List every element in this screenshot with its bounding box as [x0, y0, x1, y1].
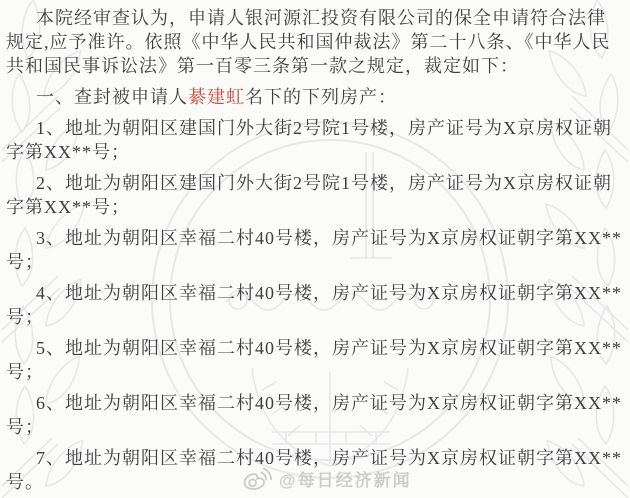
- document-line: 字第XX**号；: [6, 195, 624, 219]
- seizure-prefix: 一、查封被申请人: [36, 87, 188, 107]
- document-line: 共和国民事诉讼法》第一百零三条第一款之规定，裁定如下：: [6, 54, 624, 78]
- document-line: 5、地址为朝阳区幸福二村40号楼，房产证号为X京房权证朝字第XX**: [6, 336, 624, 360]
- respondent-name-highlight: 綦建虹: [188, 87, 245, 107]
- document-line: 号；: [6, 250, 624, 274]
- document-line: 6、地址为朝阳区幸福二村40号楼，房产证号为X京房权证朝字第XX**: [6, 391, 624, 415]
- seizure-order-line: 一、查封被申请人綦建虹名下的下列房产：: [6, 85, 624, 109]
- court-ruling-document: 本院经审查认为，申请人银河源汇投资有限公司的保全申请符合法律 规定,应予准许。依…: [6, 6, 624, 498]
- document-line: 4、地址为朝阳区幸福二村40号楼，房产证号为X京房权证朝字第XX**: [6, 281, 624, 305]
- document-line: 2、地址为朝阳区建国门外大街2号院1号楼，房产证号为X京房权证朝: [6, 171, 624, 195]
- document-line: 规定,应予准许。依照《中华人民共和国仲裁法》第二十八条、《中华人民: [6, 30, 624, 54]
- property-item-6: 6、地址为朝阳区幸福二村40号楼，房产证号为X京房权证朝字第XX** 号；: [6, 391, 624, 439]
- property-item-4: 4、地址为朝阳区幸福二村40号楼，房产证号为X京房权证朝字第XX** 号；: [6, 281, 624, 329]
- ruling-paragraph: 本院经审查认为，申请人银河源汇投资有限公司的保全申请符合法律 规定,应予准许。依…: [6, 6, 624, 78]
- document-line: 号；: [6, 305, 624, 329]
- document-line: 1、地址为朝阳区建国门外大街2号院1号楼，房产证号为X京房权证朝: [6, 116, 624, 140]
- document-line: 号；: [6, 415, 624, 439]
- property-item-5: 5、地址为朝阳区幸福二村40号楼，房产证号为X京房权证朝字第XX** 号；: [6, 336, 624, 384]
- document-line: 号；: [6, 360, 624, 384]
- property-item-2: 2、地址为朝阳区建国门外大街2号院1号楼，房产证号为X京房权证朝 字第XX**号…: [6, 171, 624, 219]
- document-line: 号。: [6, 470, 624, 494]
- document-line: 本院经审查认为，申请人银河源汇投资有限公司的保全申请符合法律: [6, 6, 624, 30]
- document-line: 字第XX**号；: [6, 140, 624, 164]
- seizure-suffix: 名下的下列房产：: [245, 87, 397, 107]
- document-line: 3、地址为朝阳区幸福二村40号楼，房产证号为X京房权证朝字第XX**: [6, 226, 624, 250]
- property-item-1: 1、地址为朝阳区建国门外大街2号院1号楼，房产证号为X京房权证朝 字第XX**号…: [6, 116, 624, 164]
- document-line: 一、查封被申请人綦建虹名下的下列房产：: [6, 85, 624, 109]
- property-item-7: 7、地址为朝阳区幸福二村40号楼，房产证号为X京房权证朝字第XX** 号。: [6, 446, 624, 494]
- document-line: 7、地址为朝阳区幸福二村40号楼，房产证号为X京房权证朝字第XX**: [6, 446, 624, 470]
- property-item-3: 3、地址为朝阳区幸福二村40号楼，房产证号为X京房权证朝字第XX** 号；: [6, 226, 624, 274]
